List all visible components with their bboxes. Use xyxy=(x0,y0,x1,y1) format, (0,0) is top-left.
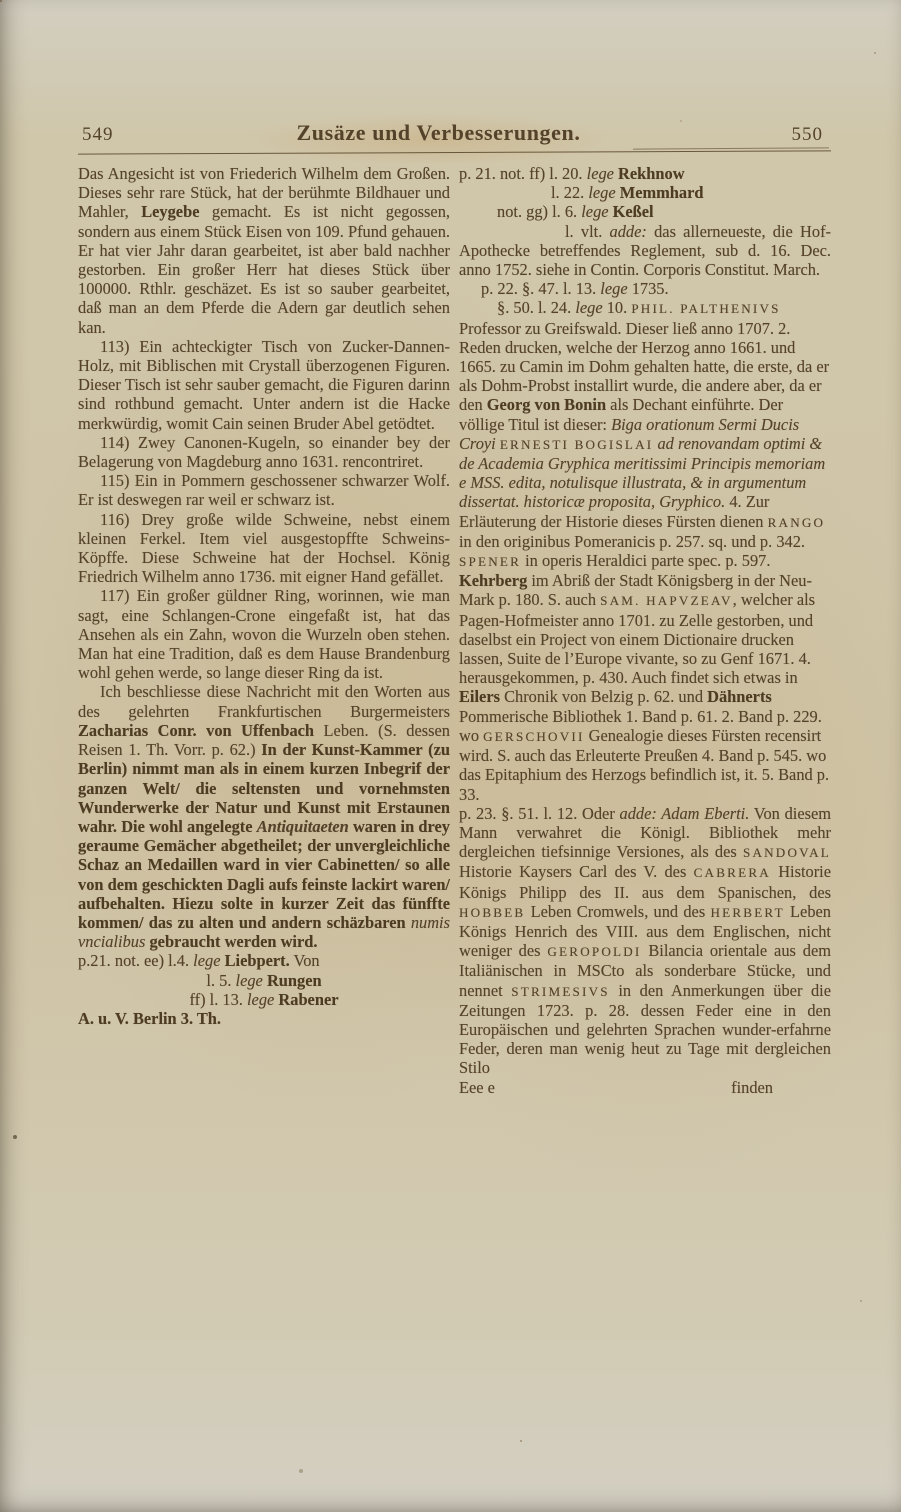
entry-115: 115) Ein in Pommern geschossener schwarz… xyxy=(78,471,450,509)
text-run: l. 22. xyxy=(551,183,588,202)
note-ee: p.21. not. ee) l.4. lege Liebpert. Von xyxy=(78,951,450,970)
paper-specks xyxy=(0,0,2,2)
text-run: Memmhard xyxy=(620,183,704,202)
text-run: 10. xyxy=(603,298,632,317)
note-p22: p. 22. §. 47. l. 13. lege 1735. xyxy=(459,279,831,298)
text-run: Dähnerts xyxy=(707,687,772,706)
header-rule xyxy=(78,149,831,158)
text-run: 116) Drey große wilde Schweine, nebst ei… xyxy=(78,510,450,587)
left-column: Das Angesicht ist von Friederich Wilhelm… xyxy=(78,164,450,1097)
text-run: adde: Adam Eberti. xyxy=(620,804,750,823)
entry-117: 117) Ein großer güldner Ring, worinnen, … xyxy=(78,586,450,682)
note-palthenius: §. 50. l. 24. lege 10. PHIL. PALTHENIVS … xyxy=(459,298,831,803)
right-column: p. 21. not. ff) l. 20. lege Rekhnowl. 22… xyxy=(459,164,831,1097)
text-run: lege xyxy=(193,951,224,970)
text-run: RANGO xyxy=(768,515,826,530)
header-rule-line-secondary xyxy=(633,147,829,149)
note-rabener: ff) l. 13. lege Rabener xyxy=(78,990,450,1009)
text-run: Von xyxy=(290,951,320,970)
book-page-scan: 549 Zusäze und Verbesserungen. 550 Das A… xyxy=(0,0,901,1512)
entry-116: 116) Drey große wilde Schweine, nebst ei… xyxy=(78,510,450,587)
text-run: GEROPOLDI xyxy=(547,944,641,959)
text-run: gebraucht werden wird. xyxy=(145,932,317,951)
text-run: HERBERT xyxy=(710,905,784,920)
text-run: Eee e xyxy=(459,1078,495,1097)
text-run: SPENER xyxy=(459,554,521,569)
text-run: p. 23. §. 51. l. 12. Oder xyxy=(459,804,620,823)
text-run: GERSCHOVII xyxy=(483,729,584,744)
text-run: Zacharias Conr. von Uffenbach xyxy=(78,721,314,740)
signature-volume: A. u. V. Berlin 3. Th. xyxy=(78,1009,450,1028)
text-run: 113) Ein achteckigter Tisch von Zucker-D… xyxy=(78,337,450,433)
entry-113: 113) Ein achteckigter Tisch von Zucker-D… xyxy=(78,337,450,433)
text-run: lege xyxy=(236,971,267,990)
text-run: 114) Zwey Canonen-Kugeln, so einander be… xyxy=(78,433,450,471)
text-run: p.21. not. ee) l.4. xyxy=(78,951,193,970)
text-run: Antiquitaeten xyxy=(257,817,349,836)
text-run: SAM. HAPVZEAV xyxy=(600,593,733,608)
page-header: 549 Zusäze und Verbesserungen. 550 xyxy=(0,0,901,146)
note-ff-rekhnow: p. 21. not. ff) l. 20. lege Rekhnow xyxy=(459,164,831,183)
text-run: lege xyxy=(587,164,618,183)
text-run: adde: xyxy=(610,222,647,241)
text-run: Leygebe xyxy=(141,202,199,221)
note-eberti: p. 23. §. 51. l. 12. Oder adde: Adam Ebe… xyxy=(459,804,831,1078)
text-run: PHIL. PALTHENIVS xyxy=(631,301,780,316)
text-run: in den originibus Pomeranicis p. 257. sq… xyxy=(459,532,805,551)
text-run: Rungen xyxy=(267,971,322,990)
entry-114: 114) Zwey Canonen-Kugeln, so einander be… xyxy=(78,433,450,471)
text-run: gemacht. Es ist nicht gegossen, sondern … xyxy=(78,202,450,336)
text-run: CABRERA xyxy=(694,865,771,880)
text-run: in operis Heraldici parte spec. p. 597. xyxy=(521,551,770,570)
text-run: Kehrberg xyxy=(459,571,527,590)
text-run: Liebpert. xyxy=(225,951,290,970)
page-number-right: 550 xyxy=(792,124,824,146)
text-run: Historie Kaysers Carl des V. des xyxy=(459,862,694,881)
note-apothecke: l. vlt. adde: das allerneueste, die Hof-… xyxy=(459,222,831,280)
text-run: STRIMESIVS xyxy=(511,984,610,999)
text-run: ERNESTI BOGISLAI xyxy=(500,437,654,452)
text-run: Keßel xyxy=(613,202,654,221)
text-run: Ich beschliesse diese Nachricht mit den … xyxy=(78,682,450,720)
text-run: Rekhnow xyxy=(618,164,685,183)
text-run: HOBBEB xyxy=(459,905,525,920)
text-run: p. 22. §. 47. l. 13. xyxy=(481,279,600,298)
text-run: Georg von Bonin xyxy=(487,395,606,414)
note-kessel: not. gg) l. 6. lege Keßel xyxy=(459,202,831,221)
text-run: lege xyxy=(600,279,627,298)
text-run: A. u. V. Berlin 3. Th. xyxy=(78,1009,221,1028)
text-run: lege xyxy=(581,202,612,221)
text-run: l. vlt. xyxy=(565,222,610,241)
header-rule-line xyxy=(78,150,831,154)
text-run: §. 50. l. 24. xyxy=(497,298,575,317)
text-run: Eilers xyxy=(459,687,500,706)
text-run: SANDOVAL xyxy=(743,845,831,860)
text-run: finden xyxy=(731,1078,773,1097)
text-run: 115) Ein in Pommern geschossener schwarz… xyxy=(78,471,450,509)
text-run: not. gg) l. 6. xyxy=(497,202,581,221)
note-memmhard: l. 22. lege Memmhard xyxy=(459,183,831,202)
text-run: ff) l. 13. xyxy=(189,990,247,1009)
text-run: Chronik von Belzig p. 62. und xyxy=(500,687,707,706)
text-run: Leben Cromwels, und des xyxy=(525,902,710,921)
text-run: 1735. xyxy=(628,279,669,298)
para-uffenbach-zitat: Ich beschliesse diese Nachricht mit den … xyxy=(78,682,450,951)
text-run: 117) Ein großer güldner Ring, worinnen, … xyxy=(78,586,450,682)
text-run: Rabener xyxy=(278,990,338,1009)
text-run: p. 21. not. ff) l. 20. xyxy=(459,164,587,183)
page-number-left: 549 xyxy=(82,124,114,146)
text-run: lege xyxy=(575,298,602,317)
note-rungen: l. 5. lege Rungen xyxy=(78,971,450,990)
text-run: lege xyxy=(247,990,278,1009)
signature-catchword-line: Eee efinden xyxy=(459,1078,831,1097)
text-run: lege xyxy=(588,183,619,202)
para-angesicht: Das Angesicht ist von Friederich Wilhelm… xyxy=(78,164,450,337)
text-run: l. 5. xyxy=(206,971,235,990)
running-title: Zusäze und Verbesserungen. xyxy=(297,120,581,146)
text-block: Das Angesicht ist von Friederich Wilhelm… xyxy=(0,162,901,1097)
